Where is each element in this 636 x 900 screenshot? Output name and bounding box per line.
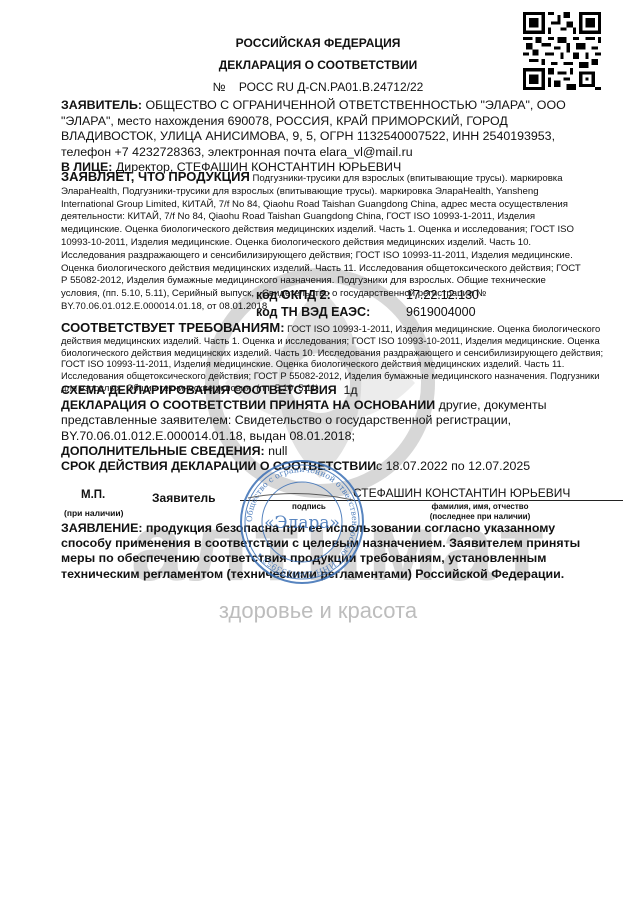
basis-label: ДЕКЛАРАЦИЯ О СООТВЕТСТВИИ ПРИНЯТА НА ОСН… (61, 398, 435, 412)
watermark-slogan: здоровье и красота (0, 598, 636, 624)
scheme-value: 1д (344, 383, 358, 397)
name-caption: фамилия, имя, отчество (последнее при на… (400, 502, 560, 522)
applicant-label: ЗАЯВИТЕЛЬ: (61, 98, 142, 112)
okpd-label: код ОКПД 2: (256, 288, 331, 302)
company-stamp-icon: Общество с ограниченной ответственностью… (238, 458, 366, 586)
additional-value: null (268, 444, 287, 458)
name-line (353, 500, 623, 501)
tnved-label: код ТН ВЭД ЕАЭС: (256, 305, 370, 319)
seal-label: М.П. (81, 489, 105, 501)
additional-label: ДОПОЛНИТЕЛЬНЫЕ СВЕДЕНИЯ: (61, 444, 265, 458)
tnved-code-row: код ТН ВЭД ЕАЭС: 9619004000 (256, 305, 370, 319)
signer-role: Заявитель (152, 491, 216, 505)
scheme-label: СХЕМА ДЕКЛАРИРОВАНИЯ СООТВЕТСТВИЯ (61, 383, 337, 397)
declaration-number: РОСС RU Д-CN.РА01.В.24712/22 (239, 80, 423, 94)
statement-label: ЗАЯВЛЕНИЕ: (61, 521, 142, 535)
scheme-section: СХЕМА ДЕКЛАРИРОВАНИЯ СООТВЕТСТВИЯ 1д ДЕК… (61, 383, 561, 459)
qr-code-icon (523, 12, 601, 90)
validity-dates: с 18.07.2022 по 12.07.2025 (376, 459, 530, 473)
okpd-value: 17.22.12.130 (406, 288, 479, 302)
applicant-section: ЗАЯВИТЕЛЬ: ОБЩЕСТВО С ОГРАНИЧЕННОЙ ОТВЕТ… (61, 98, 581, 176)
product-label: ЗАЯВЛЯЕТ, ЧТО ПРОДУКЦИЯ (61, 169, 250, 184)
name-caption-line1: фамилия, имя, отчество (400, 502, 560, 512)
seal-note: (при наличии) (64, 508, 123, 518)
requirements-label: СООТВЕТСТВУЕТ ТРЕБОВАНИЯМ: (61, 320, 285, 335)
tnved-value: 9619004000 (406, 305, 476, 319)
stamp-center-text: «Элара» (264, 513, 340, 533)
okpd-code-row: код ОКПД 2: 17.22.12.130 (256, 288, 331, 302)
signer-name: СТЕФАШИН КОНСТАНТИН ЮРЬЕВИЧ (353, 486, 570, 500)
number-label: № (213, 80, 226, 94)
